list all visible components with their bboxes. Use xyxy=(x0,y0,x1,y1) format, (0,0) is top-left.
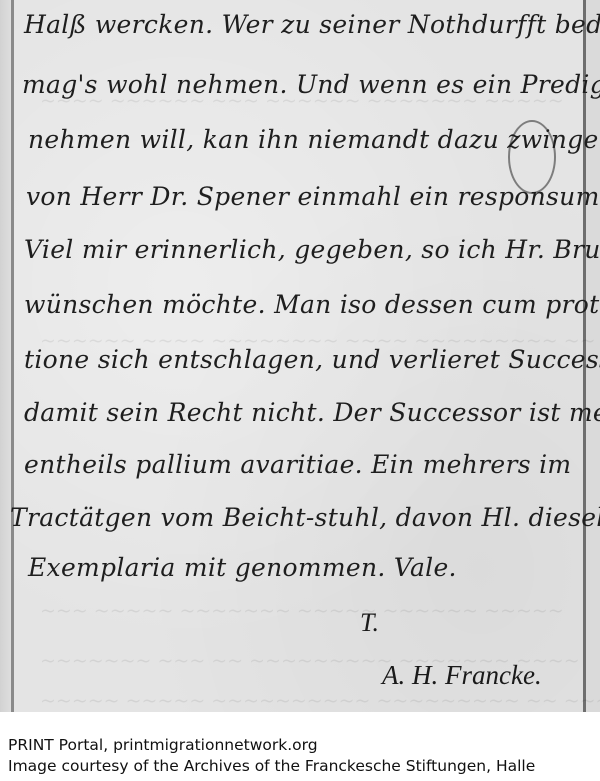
manuscript-line-3: nehmen will, kan ihn niemandt dazu zwing… xyxy=(28,125,600,154)
left-border-rule xyxy=(11,0,14,712)
page-left-margin xyxy=(0,0,11,712)
manuscript-line-7: tione sich entschlagen, und verlieret Su… xyxy=(24,345,600,374)
bleed-through-texture: ~~~ ~~~~~ ~~~~~~~ ~~~~~ ~~~~~~ ~~~~~ xyxy=(40,600,564,622)
manuscript-line-8: damit sein Recht nicht. Der Successor is… xyxy=(24,398,600,427)
manuscript-line-1: Halß wercken. Wer zu seiner Nothdurfft b… xyxy=(24,10,600,39)
caption-credit-line: Image courtesy of the Archives of the Fr… xyxy=(8,756,600,777)
manuscript-line-4: von Herr Dr. Spener einmahl ein responsu… xyxy=(26,182,600,211)
signature: A. H. Francke. xyxy=(382,660,542,691)
caption-source-line: PRINT Portal, printmigrationnetwork.org xyxy=(8,735,600,756)
closing-initial: T. xyxy=(360,608,379,638)
manuscript-scan: ~~~~ ~~~~~~ ~~~ ~~~~~~ ~~~~~~~ ~~~~~ ~~~… xyxy=(0,0,600,712)
manuscript-line-11: Exemplaria mit genommen. Vale. xyxy=(28,553,457,582)
bleed-through-texture: ~~~~~ ~~~~~ ~~~~~~~~~~ ~~~~~~~~~ ~~ ~~~~ xyxy=(40,690,600,712)
manuscript-line-2: mag's wohl nehmen. Und wenn es ein Predi… xyxy=(22,70,600,99)
manuscript-line-6: wünschen möchte. Man iso dessen cum prot… xyxy=(24,290,600,319)
manuscript-line-10: Tractätgen vom Beicht-stuhl, davon Hl. d… xyxy=(10,503,600,532)
manuscript-line-9: entheils pallium avaritiae. Ein mehrers … xyxy=(24,450,571,479)
image-caption: PRINT Portal, printmigrationnetwork.org … xyxy=(8,735,600,777)
manuscript-line-5: Viel mir erinnerlich, gegeben, so ich Hr… xyxy=(24,235,600,264)
